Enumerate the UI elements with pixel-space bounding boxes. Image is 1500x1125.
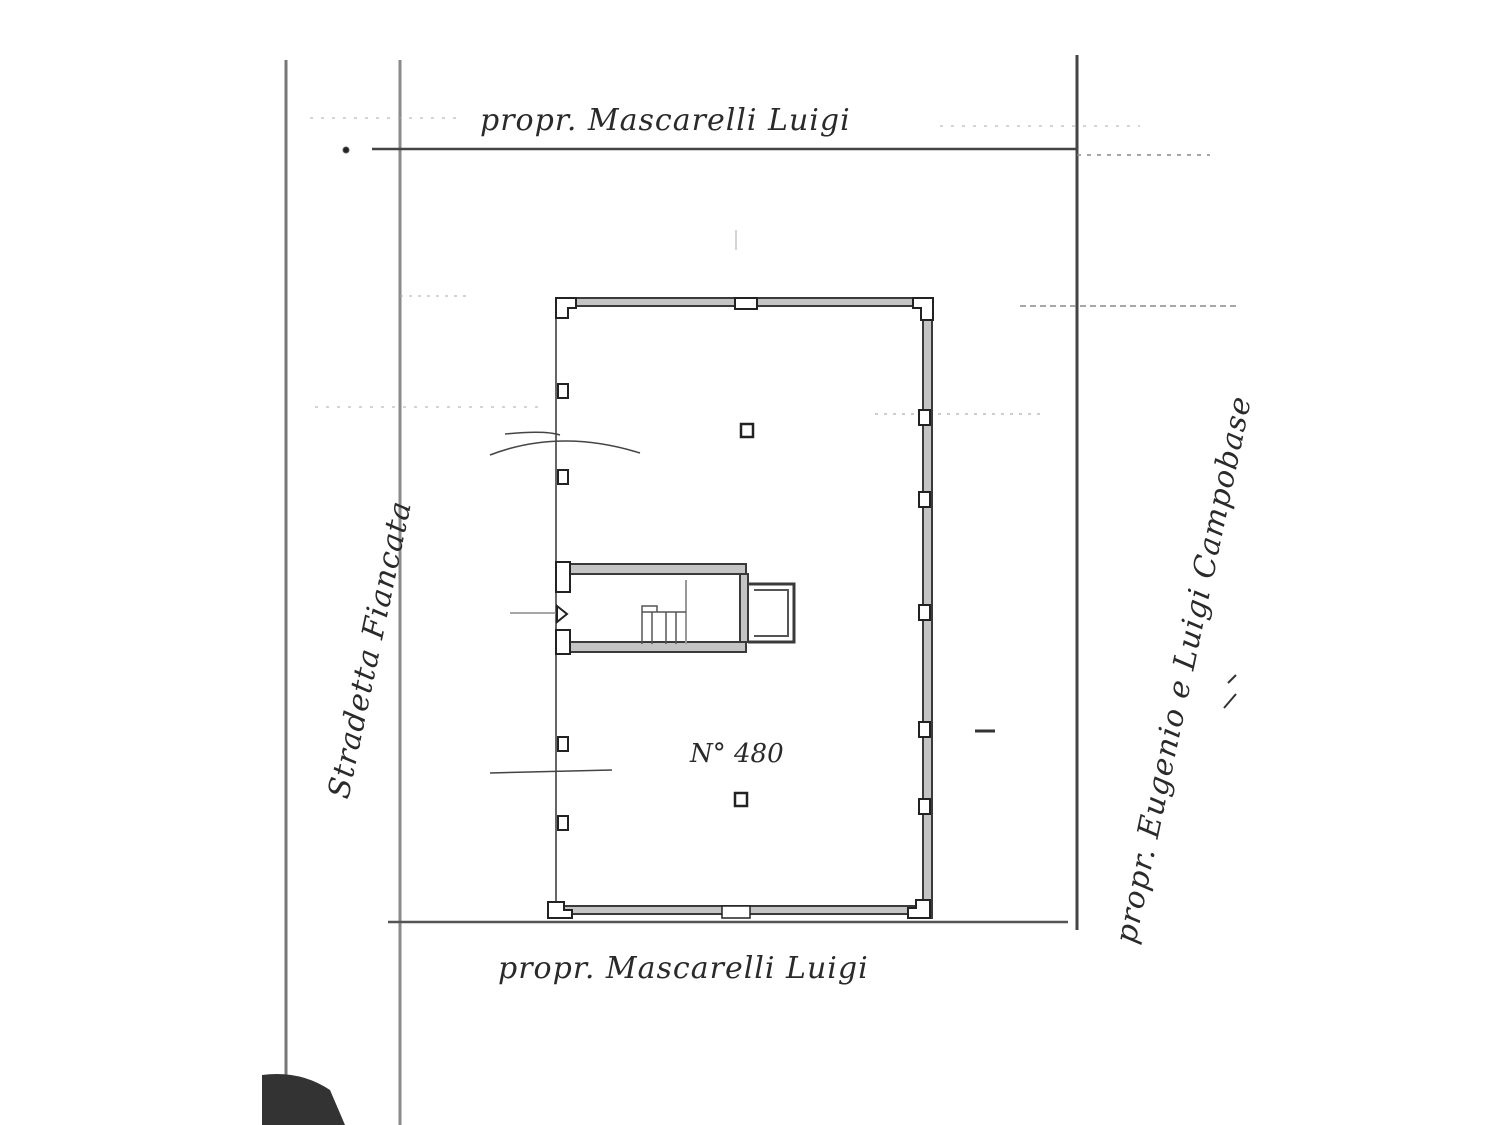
floor-plan-svg: propr. Mascarelli Luigi propr. Mascarell… (0, 0, 1500, 1125)
stair-core (510, 562, 794, 654)
west-boundary-label: Stradetta Fiancata (322, 497, 419, 801)
floor-plan-drawing: propr. Mascarelli Luigi propr. Mascarell… (0, 0, 1500, 1125)
east-boundary-label: propr. Eugenio e Luigi Campobase (1109, 393, 1259, 947)
building-number-label: N° 480 (689, 739, 784, 769)
north-boundary-label: propr. Mascarelli Luigi (480, 103, 851, 138)
south-boundary-label: propr. Mascarelli Luigi (498, 951, 869, 986)
stair-steps (642, 606, 686, 644)
scan-artifact (262, 1074, 345, 1125)
